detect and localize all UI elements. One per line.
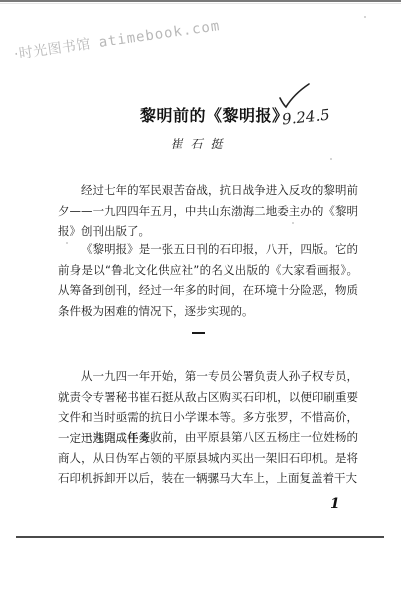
scan-speck	[292, 222, 294, 224]
page-bottom-rule	[16, 536, 384, 538]
paragraph-text: 经过七年的军民艰苦奋战，抗日战争进入反攻的黎明前夕——一九四四年五月，中共山东渤…	[58, 180, 358, 242]
paragraph-4: 一九四二年麦收前，由平原县第八区五杨庄一位姓杨的商人，从日伪军占领的平原县城内买…	[58, 427, 358, 489]
watermark-url: atimebook.com	[98, 18, 222, 51]
watermark: ·时光图书馆atimebook.com	[13, 15, 222, 64]
watermark-label: ·时光图书馆	[13, 36, 92, 63]
paragraph-1: 经过七年的军民艰苦奋战，抗日战争进入反攻的黎明前夕——一九四四年五月，中共山东渤…	[58, 180, 358, 242]
scan-speck	[330, 158, 332, 160]
paragraph-text: 一九四二年麦收前，由平原县第八区五杨庄一位姓杨的商人，从日伪军占领的平原县城内买…	[58, 427, 358, 489]
article-author: 崔石挺	[0, 135, 401, 152]
section-divider	[192, 332, 205, 334]
handwritten-date-annotation: 9.24.5	[281, 106, 330, 129]
scan-top-border-shadow	[0, 3, 401, 4]
paragraph-text: 《黎明报》是一张五日刊的石印报，八开，四版。它的前身是以“鲁北文化供应社”的名义…	[58, 239, 358, 321]
article-title: 黎明前的《黎明报》	[140, 103, 289, 126]
scan-top-border	[0, 0, 401, 2]
scan-speck	[364, 16, 366, 18]
paragraph-2: 《黎明报》是一张五日刊的石印报，八开，四版。它的前身是以“鲁北文化供应社”的名义…	[58, 239, 358, 321]
handwritten-check-icon	[276, 82, 312, 110]
page-number: 1	[330, 496, 340, 512]
scan-speck	[66, 242, 68, 244]
